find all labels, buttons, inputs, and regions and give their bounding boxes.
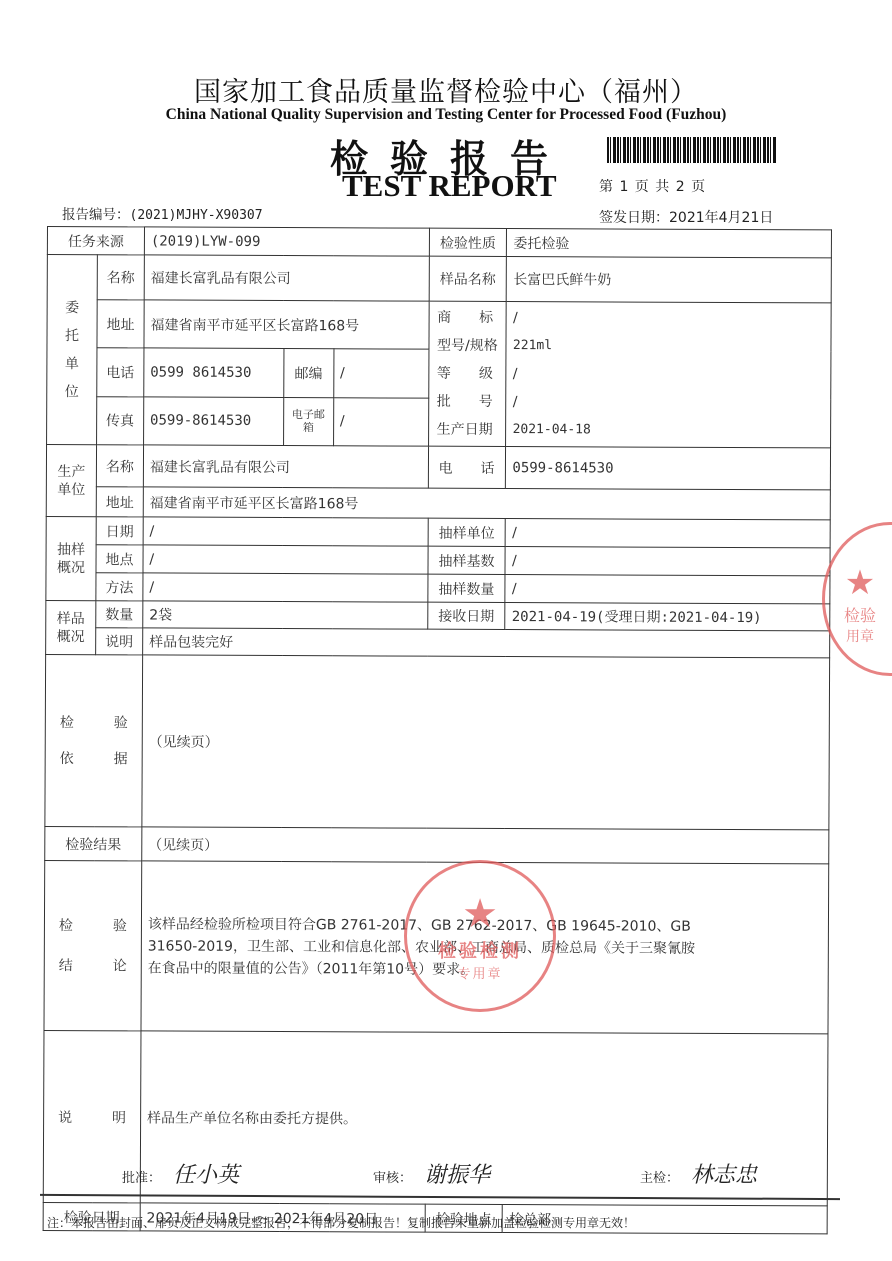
edge-stamp: ★ 检验 用章	[822, 522, 892, 676]
client-address-value: 福建省南平市延平区长富路168号	[144, 300, 429, 350]
barcode	[607, 137, 777, 163]
issue-date: 签发日期：2021年4月21日	[599, 207, 773, 227]
report-number: 报告编号：(2021)MJHY-X90307	[62, 203, 263, 223]
star-icon: ★	[825, 563, 892, 603]
org-title-cn: 国家加工食品质量监督检验中心（福州）	[0, 70, 892, 109]
sampling-place-value: /	[143, 545, 428, 574]
org-title-en: China National Quality Supervision and T…	[0, 106, 892, 124]
sampling-base-label: 抽样基数	[428, 546, 506, 574]
sample-desc-label: 说明	[96, 628, 143, 655]
sampling-qty-label: 抽样数量	[427, 574, 505, 602]
issue-date-value: 2021年4月21日	[669, 210, 773, 226]
brand-value: /	[513, 304, 825, 333]
producer-address-value: 福建省南平市延平区长富路168号	[143, 487, 830, 520]
inspection-stamp: ★ 检验检测 专用章	[404, 860, 556, 1012]
inspection-type-label: 检验性质	[429, 228, 507, 256]
sample-name-value: 长富巴氏鲜牛奶	[507, 257, 832, 303]
sampling-method-label: 方法	[96, 573, 143, 601]
task-source-value: (2019)LYW-099	[144, 227, 429, 256]
task-source-label: 任务来源	[47, 227, 144, 255]
producer-phone-label: 电 话	[428, 446, 506, 488]
sampling-date-value: /	[143, 517, 428, 546]
approver-signature: 批准：任小英	[122, 1158, 239, 1189]
basis-label: 检验 依据	[45, 654, 143, 826]
client-phone-value: 0599 8614530	[144, 348, 284, 397]
client-phone-label: 电话	[97, 348, 144, 397]
client-fax-label: 传真	[96, 396, 143, 445]
sampling-unit-value: /	[506, 519, 831, 548]
producer-name-label: 名称	[96, 445, 143, 487]
spec-value: 221ml	[513, 332, 825, 361]
result-value: （见续页）	[142, 827, 829, 864]
sampling-unit-label: 抽样单位	[428, 518, 506, 546]
prod-date-value: 2021-04-18	[513, 416, 825, 445]
report-table: 任务来源 (2019)LYW-099 检验性质 委托检验 委 托 单 位 名称 …	[43, 226, 832, 1234]
producer-name-value: 福建长富乳品有限公司	[143, 445, 428, 488]
client-email-value: /	[333, 397, 428, 446]
sampling-method-value: /	[143, 573, 428, 602]
issue-date-label: 签发日期：	[599, 210, 669, 226]
report-title-en: TEST REPORT	[342, 168, 557, 204]
client-email-label: 电子邮箱	[283, 397, 333, 446]
footnote: 注：本报告由封面、扉页及正文构成完整报告，不得部分复制报告！复制报告未重新加盖检…	[47, 1214, 635, 1231]
sample-attr-values: / 221ml / / 2021-04-18	[506, 302, 831, 448]
sample-name-label: 样品名称	[429, 256, 507, 301]
page-info: 第 1 页 共 2 页	[599, 176, 706, 196]
basis-value: （见续页）	[142, 655, 830, 830]
sampling-date-label: 日期	[96, 517, 143, 545]
receive-date-value: 2021-04-19(受理日期:2021-04-19)	[505, 603, 830, 631]
sample-desc-value: 样品包装完好	[143, 628, 830, 658]
client-address-label: 地址	[97, 300, 144, 349]
sampling-group-label: 抽样概况	[46, 516, 96, 600]
inspection-type-value: 委托检验	[507, 229, 832, 258]
sample-qty-value: 2袋	[143, 601, 428, 629]
client-fax-value: 0599-8614530	[143, 397, 283, 446]
sample-overview-group-label: 样品概况	[46, 600, 96, 654]
sampling-place-label: 地点	[96, 545, 143, 573]
sample-attr-labels: 商 标 型号/规格 等 级 批 号 生产日期	[428, 301, 507, 446]
client-name-label: 名称	[97, 255, 144, 300]
inspector-signature: 主检：林志忠	[640, 1158, 757, 1189]
grade-value: /	[513, 360, 825, 389]
reviewer-signature: 审核：谢振华	[373, 1158, 490, 1189]
sampling-base-value: /	[505, 547, 830, 576]
star-icon: ★	[407, 891, 553, 937]
batch-value: /	[513, 388, 825, 417]
sampling-qty-value: /	[505, 575, 830, 604]
report-number-label: 报告编号：	[62, 207, 130, 223]
client-postcode-label: 邮编	[284, 349, 334, 398]
client-name-value: 福建长富乳品有限公司	[144, 255, 429, 301]
result-label: 检验结果	[45, 826, 142, 860]
producer-phone-value: 0599-8614530	[506, 447, 831, 490]
conclusion-label: 检验 结论	[44, 860, 142, 1030]
receive-date-label: 接收日期	[427, 602, 505, 629]
sample-qty-label: 数量	[96, 601, 143, 628]
producer-group-label: 生产单位	[46, 445, 96, 517]
client-postcode-value: /	[333, 349, 428, 398]
producer-address-label: 地址	[96, 487, 143, 517]
report-number-value: (2021)MJHY-X90307	[130, 208, 263, 223]
client-group-label: 委 托 单 位	[47, 255, 98, 445]
